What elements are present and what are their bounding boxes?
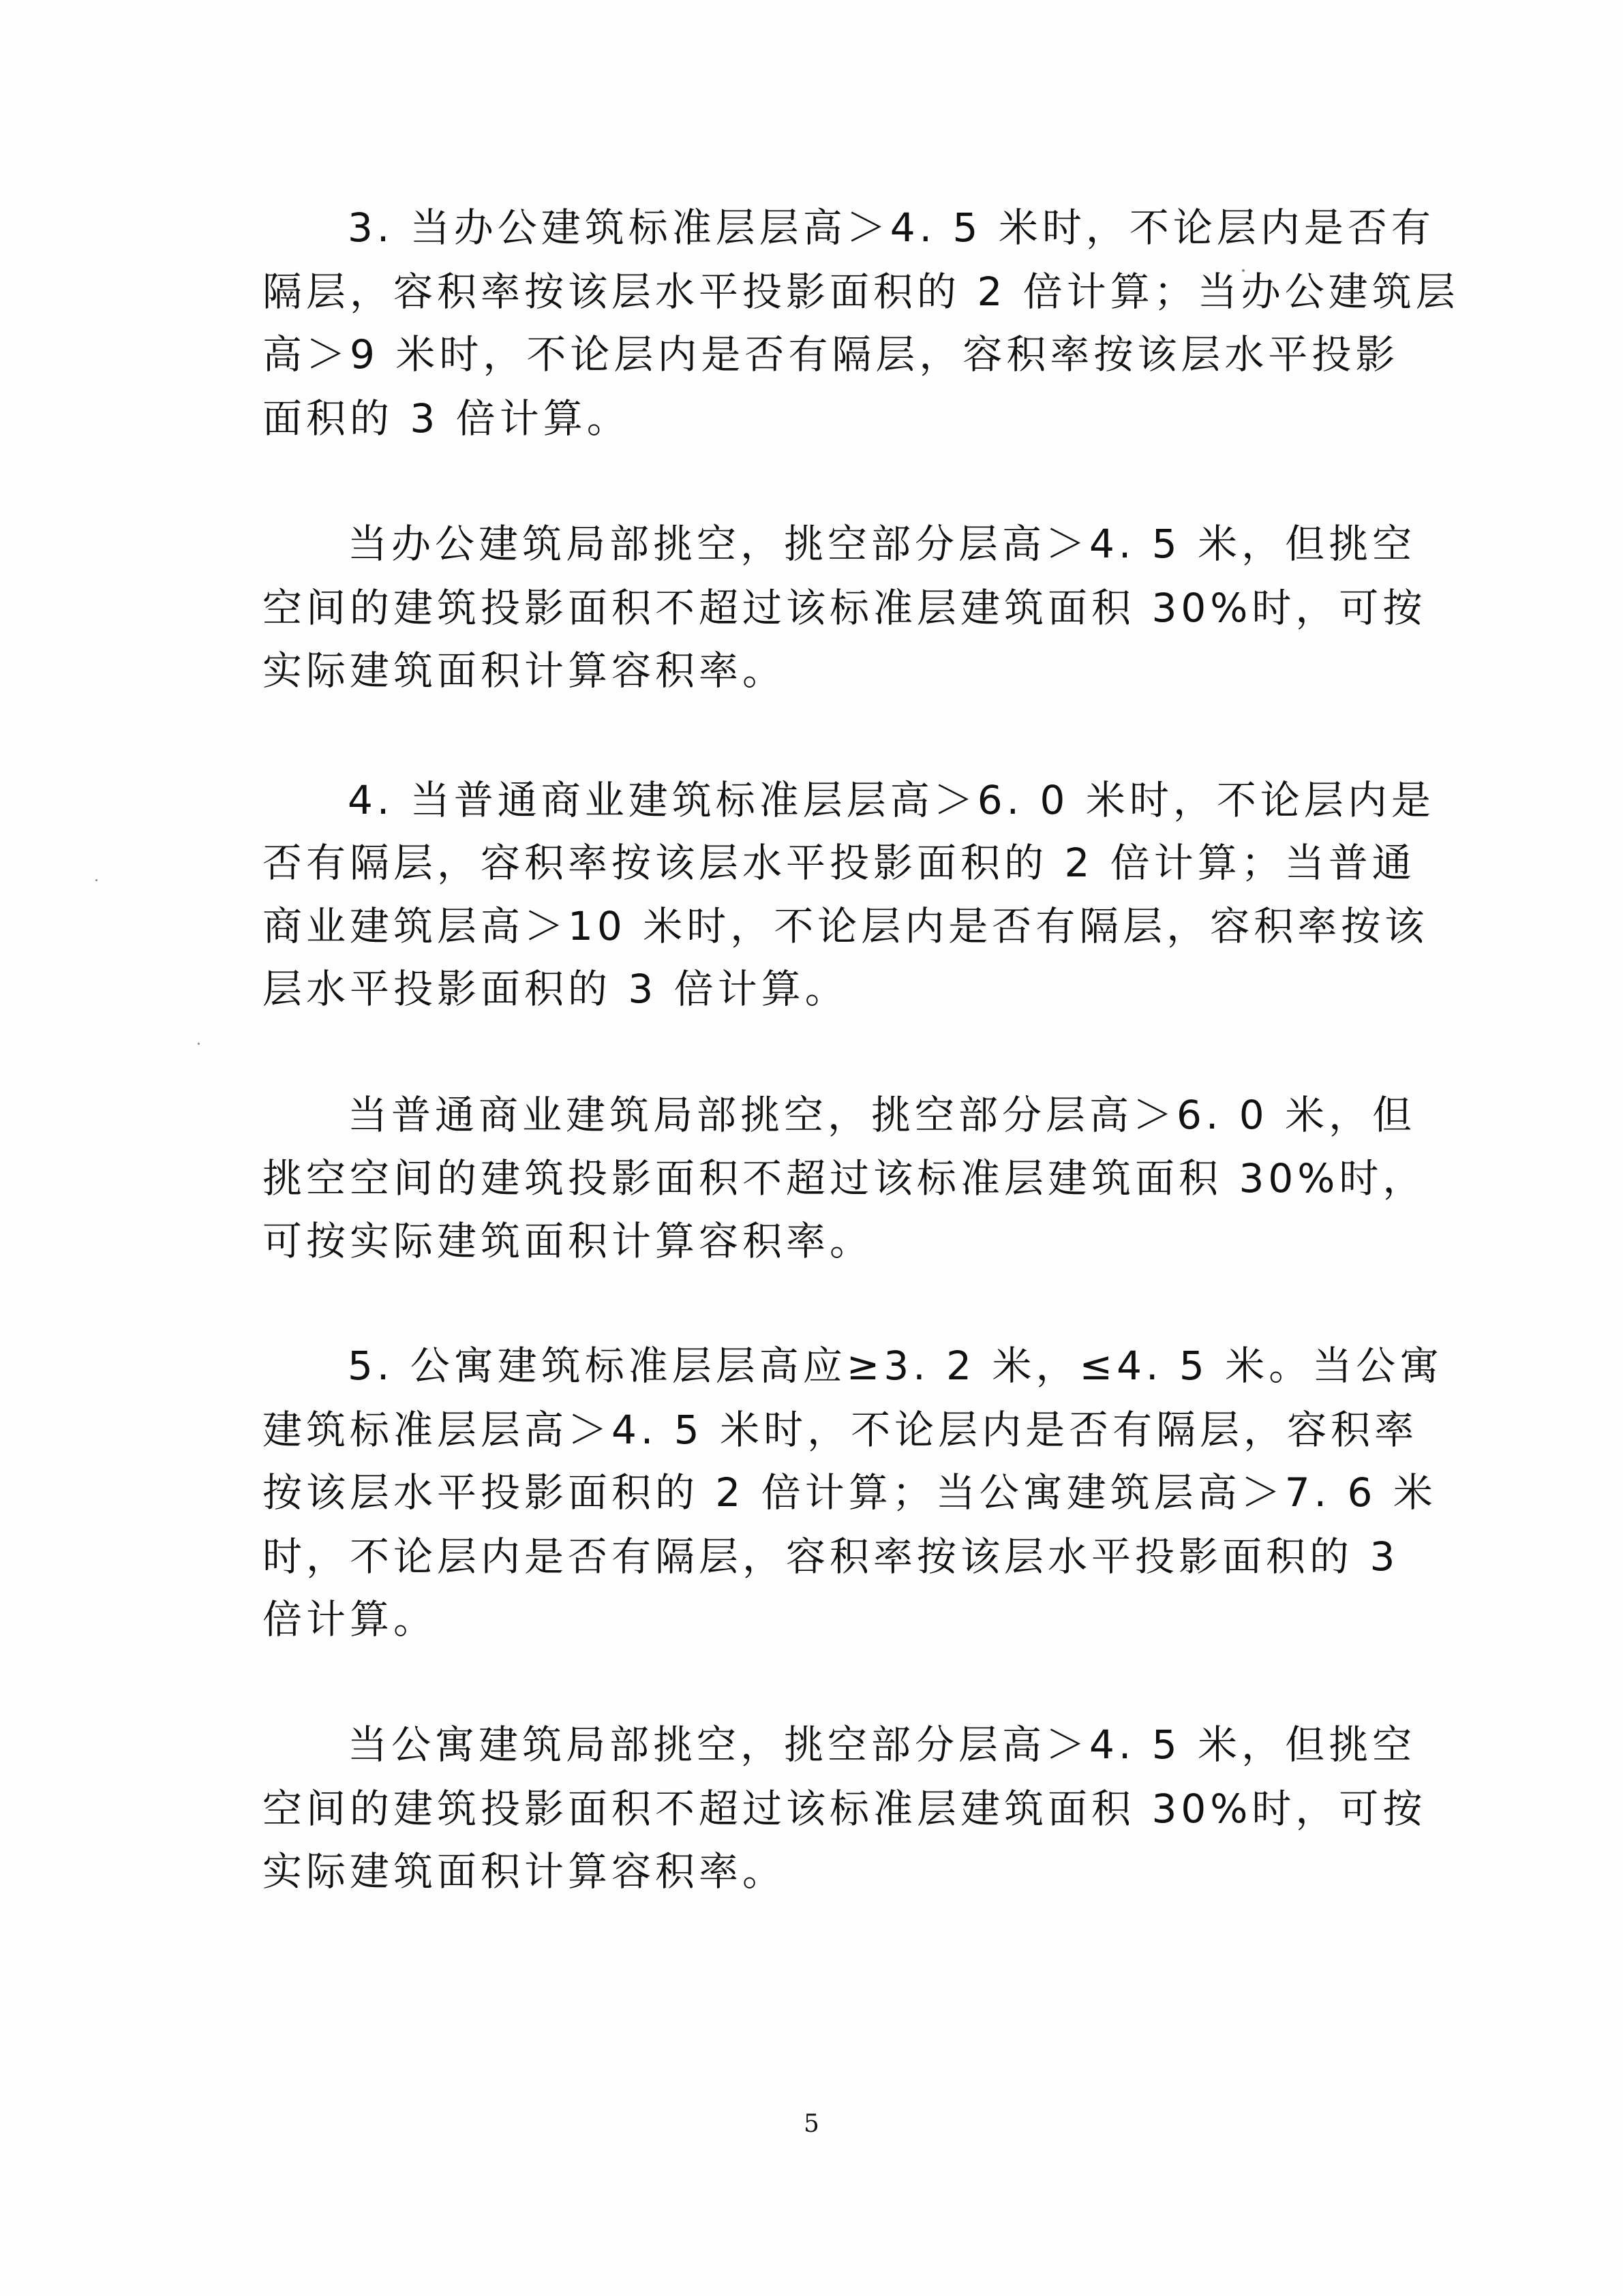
text-line: 当普通商业建筑局部挑空，挑空部分层高＞6. 0 米，但 [348, 1090, 1380, 1139]
page-number: 5 [0, 2110, 1623, 2138]
text-line: 商业建筑层高＞10 米时，不论层内是否有隔层，容积率按该 [262, 902, 1380, 951]
scan-artifact [95, 879, 97, 881]
text-line: 3. 当办公建筑标准层层高＞4. 5 米时，不论层内是否有 [348, 203, 1380, 252]
text-line: 5. 公寓建筑标准层层高应≥3. 2 米，≤4. 5 米。当公寓 [348, 1341, 1380, 1390]
text-line: 4. 当普通商业建筑标准层层高＞6. 0 米时，不论层内是 [348, 776, 1380, 825]
document-page: 3. 当办公建筑标准层层高＞4. 5 米时，不论层内是否有 隔层，容积率按该层水… [0, 0, 1623, 2296]
text-line: 空间的建筑投影面积不超过该标准层建筑面积 30%时，可按 [262, 1784, 1380, 1833]
text-line: 层水平投影面积的 3 倍计算。 [262, 964, 1380, 1013]
text-line: 建筑标准层层高＞4. 5 米时，不论层内是否有隔层，容积率 [262, 1405, 1380, 1454]
text-line: 挑空空间的建筑投影面积不超过该标准层建筑面积 30%时， [262, 1154, 1339, 1203]
text-line: 当办公建筑局部挑空，挑空部分层高＞4. 5 米，但挑空 [348, 519, 1380, 568]
scan-artifact [1242, 269, 1245, 272]
text-line: 可按实际建筑面积计算容积率。 [262, 1216, 1380, 1266]
text-line: 高＞9 米时，不论层内是否有隔层，容积率按该层水平投影 [262, 330, 1380, 379]
text-line: 否有隔层，容积率按该层水平投影面积的 2 倍计算；当普通 [262, 838, 1380, 887]
scan-artifact [198, 1043, 200, 1045]
text-line: 空间的建筑投影面积不超过该标准层建筑面积 30%时，可按 [262, 583, 1380, 632]
text-line: 按该层水平投影面积的 2 倍计算；当公寓建筑层高＞7. 6 米 [262, 1468, 1353, 1517]
text-line: 倍计算。 [262, 1595, 1380, 1644]
text-line: 时，不论层内是否有隔层，容积率按该层水平投影面积的 3 [262, 1532, 1380, 1581]
text-line: 当公寓建筑局部挑空，挑空部分层高＞4. 5 米，但挑空 [348, 1720, 1380, 1769]
text-line: 隔层，容积率按该层水平投影面积的 2 倍计算；当办公建筑层 [262, 267, 1380, 316]
text-line: 实际建筑面积计算容积率。 [262, 1847, 1380, 1896]
text-line: 实际建筑面积计算容积率。 [262, 646, 1380, 695]
text-line: 面积的 3 倍计算。 [262, 394, 1380, 443]
